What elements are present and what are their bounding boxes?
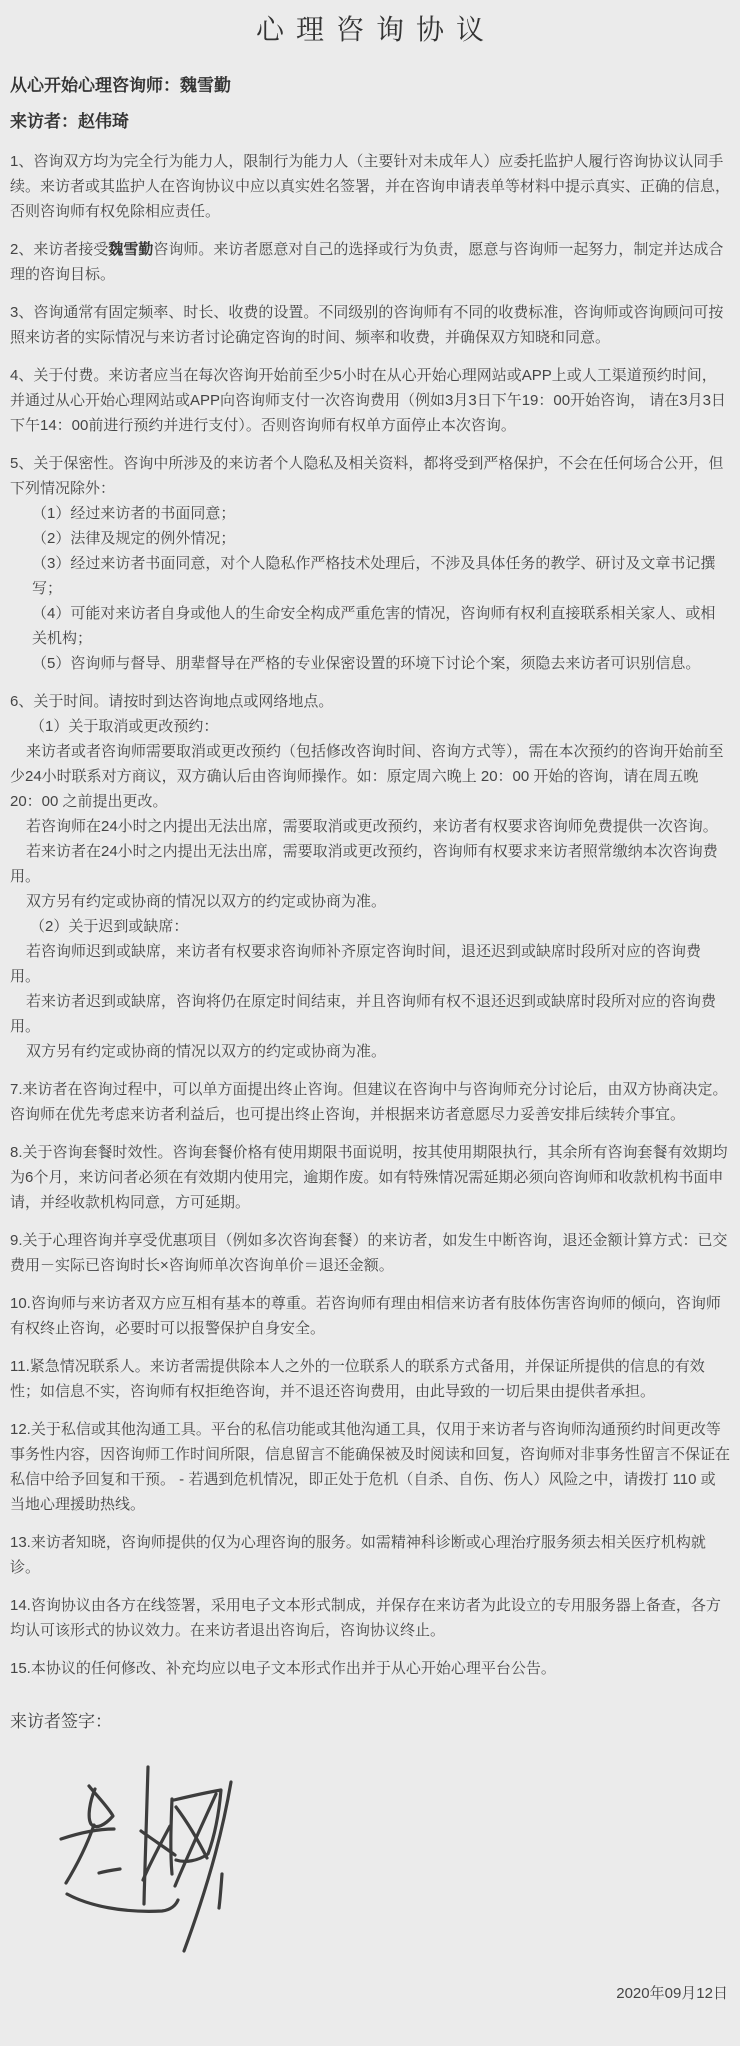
clause-4: 4、关于付费。来访者应当在每次咨询开始前至少5小时在从心开始心理网站或APP上或… <box>10 363 730 438</box>
clause-2-counselor-name: 魏雪勤 <box>108 241 153 258</box>
page-title: 心理咨询协议 <box>10 8 730 48</box>
clause-5-item: （1）经过来访者的书面同意； <box>10 501 730 526</box>
agreement-document: 心理咨询协议 从心开始心理咨询师：魏雪勤 来访者：赵伟琦 1、咨询双方均为完全行… <box>0 8 740 2046</box>
clause-6-sub2-title: （2）关于迟到或缺席： <box>10 914 730 939</box>
clause-2: 2、来访者接受魏雪勤咨询师。来访者愿意对自己的选择或行为负责，愿意与咨询师一起努… <box>10 237 730 287</box>
counselor-name: 魏雪勤 <box>180 76 231 95</box>
visitor-label: 来访者： <box>10 112 78 131</box>
clause-3: 3、咨询通常有固定频率、时长、收费的设置。不同级别的咨询师有不同的收费标准，咨询… <box>10 300 730 350</box>
clause-10: 10.咨询师与来访者双方应互相有基本的尊重。若咨询师有理由相信来访者有肢体伤害咨… <box>10 1291 730 1341</box>
clause-12: 12.关于私信或其他沟通工具。平台的私信功能或其他沟通工具，仅用于来访者与咨询师… <box>10 1417 730 1517</box>
visitor-signature-label: 来访者签字： <box>10 1711 730 1733</box>
clause-6-sub2-para: 若来访者迟到或缺席，咨询将仍在原定时间结束，并且咨询师有权不退还迟到或缺席时段所… <box>10 989 730 1039</box>
clause-5-item: （2）法律及规定的例外情况； <box>10 526 730 551</box>
visitor-signature-drawing <box>35 1755 255 1973</box>
agreement-date: 2020年09月12日 <box>10 1981 730 2006</box>
visitor-name: 赵伟琦 <box>78 112 129 131</box>
clause-1: 1、咨询双方均为完全行为能力人，限制行为能力人（主要针对未成年人）应委托监护人履… <box>10 149 730 224</box>
agreement-page: { "page": { "title": "心理咨询协议", "counselo… <box>0 8 740 2046</box>
clause-8: 8.关于咨询套餐时效性。咨询套餐价格有使用期限书面说明，按其使用期限执行，其余所… <box>10 1140 730 1215</box>
clause-6-sub2-para: 若咨询师迟到或缺席，来访者有权要求咨询师补齐原定咨询时间，退还迟到或缺席时段所对… <box>10 939 730 989</box>
clause-11: 11.紧急情况联系人。来访者需提供除本人之外的一位联系人的联系方式备用，并保证所… <box>10 1354 730 1404</box>
visitor-line: 来访者：赵伟琦 <box>10 111 730 133</box>
counselor-label: 从心开始心理咨询师： <box>10 76 180 95</box>
clause-6-intro: 6、关于时间。请按时到达咨询地点或网络地点。 <box>10 689 730 714</box>
clause-5-item: （5）咨询师与督导、朋辈督导在严格的专业保密设置的环境下讨论个案，须隐去来访者可… <box>10 651 730 676</box>
clause-6-sub1-para: 双方另有约定或协商的情况以双方的约定或协商为准。 <box>10 889 730 914</box>
clause-2-prefix: 2、来访者接受 <box>10 241 108 258</box>
clause-6-sub1-para: 若咨询师在24小时之内提出无法出席，需要取消或更改预约，来访者有权要求咨询师免费… <box>10 814 730 839</box>
clause-14: 14.咨询协议由各方在线签署，采用电子文本形式制成，并保存在来访者为此设立的专用… <box>10 1593 730 1643</box>
clause-5-item: （3）经过来访者书面同意，对个人隐私作严格技术处理后，不涉及具体任务的教学、研讨… <box>10 551 730 601</box>
clause-6: 6、关于时间。请按时到达咨询地点或网络地点。 （1）关于取消或更改预约： 来访者… <box>10 689 730 1064</box>
clause-7: 7.来访者在咨询过程中，可以单方面提出终止咨询。但建议在咨询中与咨询师充分讨论后… <box>10 1077 730 1127</box>
clause-6-sub1-para: 来访者或者咨询师需要取消或更改预约（包括修改咨询时间、咨询方式等），需在本次预约… <box>10 739 730 814</box>
clause-15: 15.本协议的任何修改、补充均应以电子文本形式作出并于从心开始心理平台公告。 <box>10 1656 730 1681</box>
clause-9: 9.关于心理咨询并享受优惠项目（例如多次咨询套餐）的来访者，如发生中断咨询，退还… <box>10 1228 730 1278</box>
clause-6-sub2-para: 双方另有约定或协商的情况以双方的约定或协商为准。 <box>10 1039 730 1064</box>
clause-6-sub1-para: 若来访者在24小时之内提出无法出席，需要取消或更改预约，咨询师有权要求来访者照常… <box>10 839 730 889</box>
clause-5-item: （4）可能对来访者自身或他人的生命安全构成严重危害的情况，咨询师有权利直接联系相… <box>10 601 730 651</box>
clause-5: 5、关于保密性。咨询中所涉及的来访者个人隐私及相关资料，都将受到严格保护，不会在… <box>10 451 730 676</box>
clause-5-intro: 5、关于保密性。咨询中所涉及的来访者个人隐私及相关资料，都将受到严格保护，不会在… <box>10 451 730 501</box>
counselor-line: 从心开始心理咨询师：魏雪勤 <box>10 75 730 97</box>
clauses-section: 1、咨询双方均为完全行为能力人，限制行为能力人（主要针对未成年人）应委托监护人履… <box>10 149 730 1681</box>
clause-13: 13.来访者知晓，咨询师提供的仅为心理咨询的服务。如需精神科诊断或心理治疗服务须… <box>10 1530 730 1580</box>
clause-6-sub1-title: （1）关于取消或更改预约： <box>10 714 730 739</box>
